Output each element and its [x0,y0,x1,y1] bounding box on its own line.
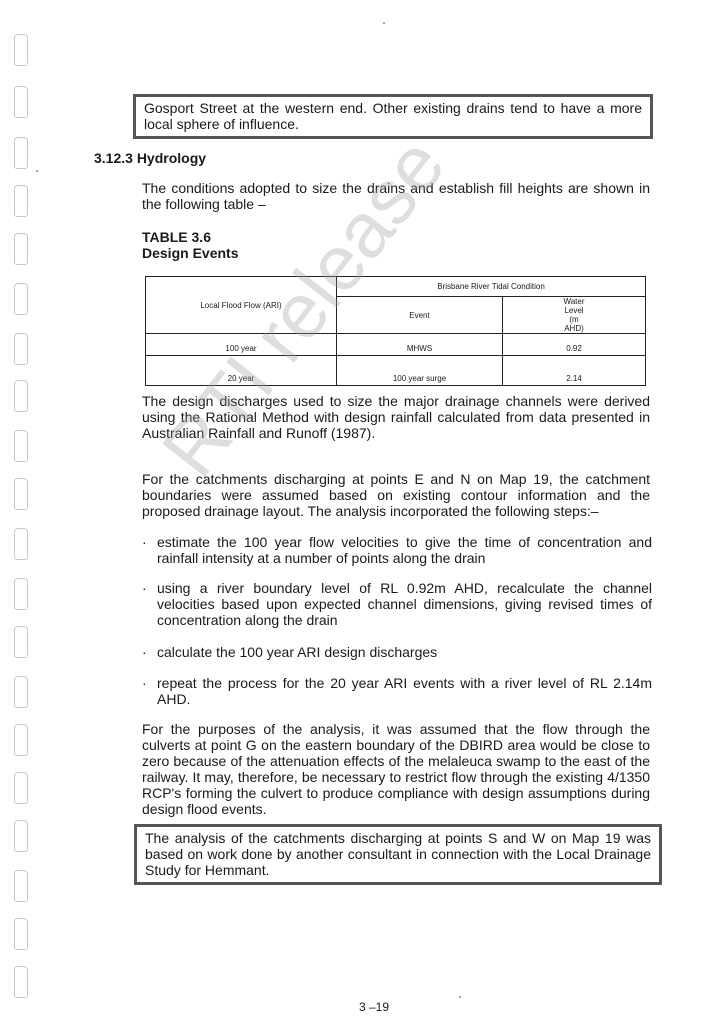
scan-speck [36,170,38,172]
step-item: · estimate the 100 year flow velocities … [142,534,652,566]
binder-hole-icon [14,966,28,998]
table-number: TABLE 3.6 [142,229,238,245]
header-local-flood-flow: Local Flood Flow (ARI) [146,277,337,334]
cell-level: 0.92 [503,334,646,356]
header-event: Event [337,297,503,334]
binder-hole-icon [14,34,28,66]
binder-hole-icon [14,820,28,852]
cell-event: MHWS [337,334,503,356]
step-text: estimate the 100 year flow velocities to… [157,534,652,566]
binder-hole-icon [14,626,28,658]
cell-event: 100 year surge [337,356,503,386]
table-title-block: TABLE 3.6 Design Events [142,229,238,261]
binder-hole-icon [14,772,28,804]
step-item: · using a river boundary level of RL 0.9… [142,580,652,628]
step-item: · calculate the 100 year ARI design disc… [142,644,652,660]
binder-hole-icon [14,185,28,217]
binder-hole-icon [14,676,28,708]
step-text: using a river boundary level of RL 0.92m… [157,580,652,628]
step-text: calculate the 100 year ARI design discha… [157,644,652,660]
bullet-icon: · [142,534,147,550]
binder-hole-icon [14,918,28,950]
binder-hole-icon [14,724,28,756]
binder-hole-icon [14,578,28,610]
table-row: 100 year MHWS 0.92 [146,334,646,356]
header-water-level: Water Level (m AHD) [503,297,646,334]
cell-ari: 100 year [146,334,337,356]
intro-paragraph: The conditions adopted to size the drain… [142,180,650,212]
bullet-icon: · [142,644,147,660]
cell-level: 2.14 [503,356,646,386]
binder-hole-icon [14,380,28,412]
box-text: The analysis of the catchments dischargi… [145,830,651,878]
table-caption: Design Events [142,245,238,261]
cell-ari: 20 year [146,356,337,386]
binder-hole-icon [14,528,28,560]
scan-speck [383,22,385,24]
purposes-paragraph: For the purposes of the analysis, it was… [142,721,650,817]
continued-text-box: Gosport Street at the western end. Other… [133,94,653,139]
scan-speck [459,996,461,998]
bullet-icon: · [142,675,147,691]
binder-hole-icon [14,478,28,510]
step-text: repeat the process for the 20 year ARI e… [157,675,652,707]
header-tidal-condition: Brisbane River Tidal Condition [337,277,646,297]
page-number: 3 –19 [359,1000,389,1014]
catchments-paragraph: For the catchments discharging at points… [142,471,650,519]
document-page: Gosport Street at the western end. Other… [0,0,720,1018]
section-heading: 3.12.3 Hydrology [94,150,206,166]
bullet-icon: · [142,580,147,596]
consultant-note-box: The analysis of the catchments dischargi… [134,824,662,885]
box-text: Gosport Street at the western end. Other… [144,100,642,132]
binder-hole-icon [14,86,28,118]
binder-hole-icon [14,870,28,902]
binder-hole-icon [14,283,28,315]
discharges-paragraph: The design discharges used to size the m… [142,393,650,441]
table-row: 20 year 100 year surge 2.14 [146,356,646,386]
binder-hole-icon [14,430,28,462]
binder-hole-icon [14,137,28,169]
step-item: · repeat the process for the 20 year ARI… [142,675,652,707]
design-events-table: Local Flood Flow (ARI) Brisbane River Ti… [145,276,646,386]
binder-hole-icon [14,333,28,365]
binder-hole-icon [14,233,28,265]
